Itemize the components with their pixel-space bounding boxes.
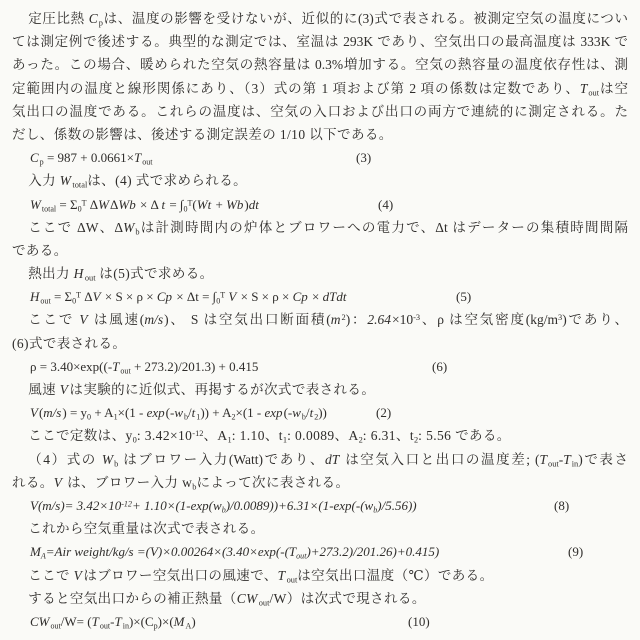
equation-line: Cp = 987 + 0.0661×Tout(3) — [30, 146, 628, 169]
equation-number: (3) — [356, 146, 371, 169]
equation-line: ρ = 3.40×exp((-Tout + 273.2)/201.3) + 0.… — [30, 355, 628, 378]
equation-line: V(m/s)= 3.42×10-12+ 1.10×(1-exp(wb)/0.00… — [30, 494, 628, 517]
text-line: 気出口の温度である。これらの温度は、空気の入口および出口の両方で連続的に測定され… — [12, 100, 628, 123]
text-line: ここで V は風速(m/s)、 S は空気出口断面積(m2)：2.64×10-3… — [12, 308, 628, 331]
equation-number: (5) — [456, 285, 471, 308]
text-line: 熱出力 Hout は(5)式で求める。 — [12, 262, 628, 285]
text-line: ここで定数は、y0: 3.42×10-12、A1: 1.10、t1: 0.008… — [12, 424, 628, 447]
equation-number: (6) — [432, 355, 447, 378]
equation-number: (2) — [376, 401, 391, 424]
equation-line: Wtotal = Σ0T ΔWΔWb × Δ t = ∫0T(Wt + Wb)d… — [30, 193, 628, 216]
text-line: れる。V は、ブロワー入力 wbによって次に表される。 — [12, 471, 628, 494]
text-line: 風速 Vは実験的に近似式、再掲するが次式で表される。 — [12, 378, 628, 401]
equation-number: (10) — [408, 610, 430, 633]
equation-line: Hout = Σ0T ΔV × S × ρ × Cp × Δt = ∫0T V … — [30, 285, 628, 308]
text-line: 入力 Wtotalは、(4) 式で求められる。 — [12, 169, 628, 192]
equation-number: (8) — [554, 494, 569, 517]
equation-number: (4) — [378, 193, 393, 216]
text-line: ては測定例で後述する。典型的な測定では、室温は 293K であり、空気出口の最高… — [12, 30, 628, 53]
text-line: である。 — [12, 239, 628, 262]
text-line: すると空気出口からの補正熱量（CWout/W）は次式で現される。 — [12, 587, 628, 610]
text-line: （4）式の Wb はブロワー入力(Watt)であり、dT は空気入口と出口の温度… — [12, 448, 628, 471]
equation-line: CWout/W= (Tout-Tin)×(Cp)×(MA)(10) — [30, 610, 628, 633]
text-line: 定圧比熱 Cpは、温度の影響を受けないが、近似的に(3)式で表される。被測定空気… — [12, 7, 628, 30]
text-line: ここで Vはブロワー空気出口の風速で、Toutは空気出口温度（℃）である。 — [12, 564, 628, 587]
text-line: だし、係数の影響は、後述する測定誤差の 1/10 以下である。 — [12, 123, 628, 146]
equation-line: MA=Air weight/kg/s =(V)×0.00264×(3.40×ex… — [30, 540, 628, 563]
text-line: 定範囲内の温度と線形関係にあり、（3）式の第 1 項および第 2 項の係数は定数… — [12, 77, 628, 100]
text-line: (6)式で表される。 — [12, 332, 628, 355]
document-page: 定圧比熱 Cpは、温度の影響を受けないが、近似的に(3)式で表される。被測定空気… — [0, 0, 640, 633]
text-line: あった。この場合、暖められた空気の熱容量は 0.3%増加する。空気の熱容量の温度… — [12, 53, 628, 76]
text-line: ここで ΔW、ΔWbは計測時間内の炉体とブロワーへの電力で、Δt はデーターの集… — [12, 216, 628, 239]
equation-line: V(m/s) = y0 + A1×(1 - exp(-wb/t1)) + A2×… — [30, 401, 628, 424]
equation-number: (9) — [568, 540, 583, 563]
text-line: これから空気重量は次式で表される。 — [12, 517, 628, 540]
